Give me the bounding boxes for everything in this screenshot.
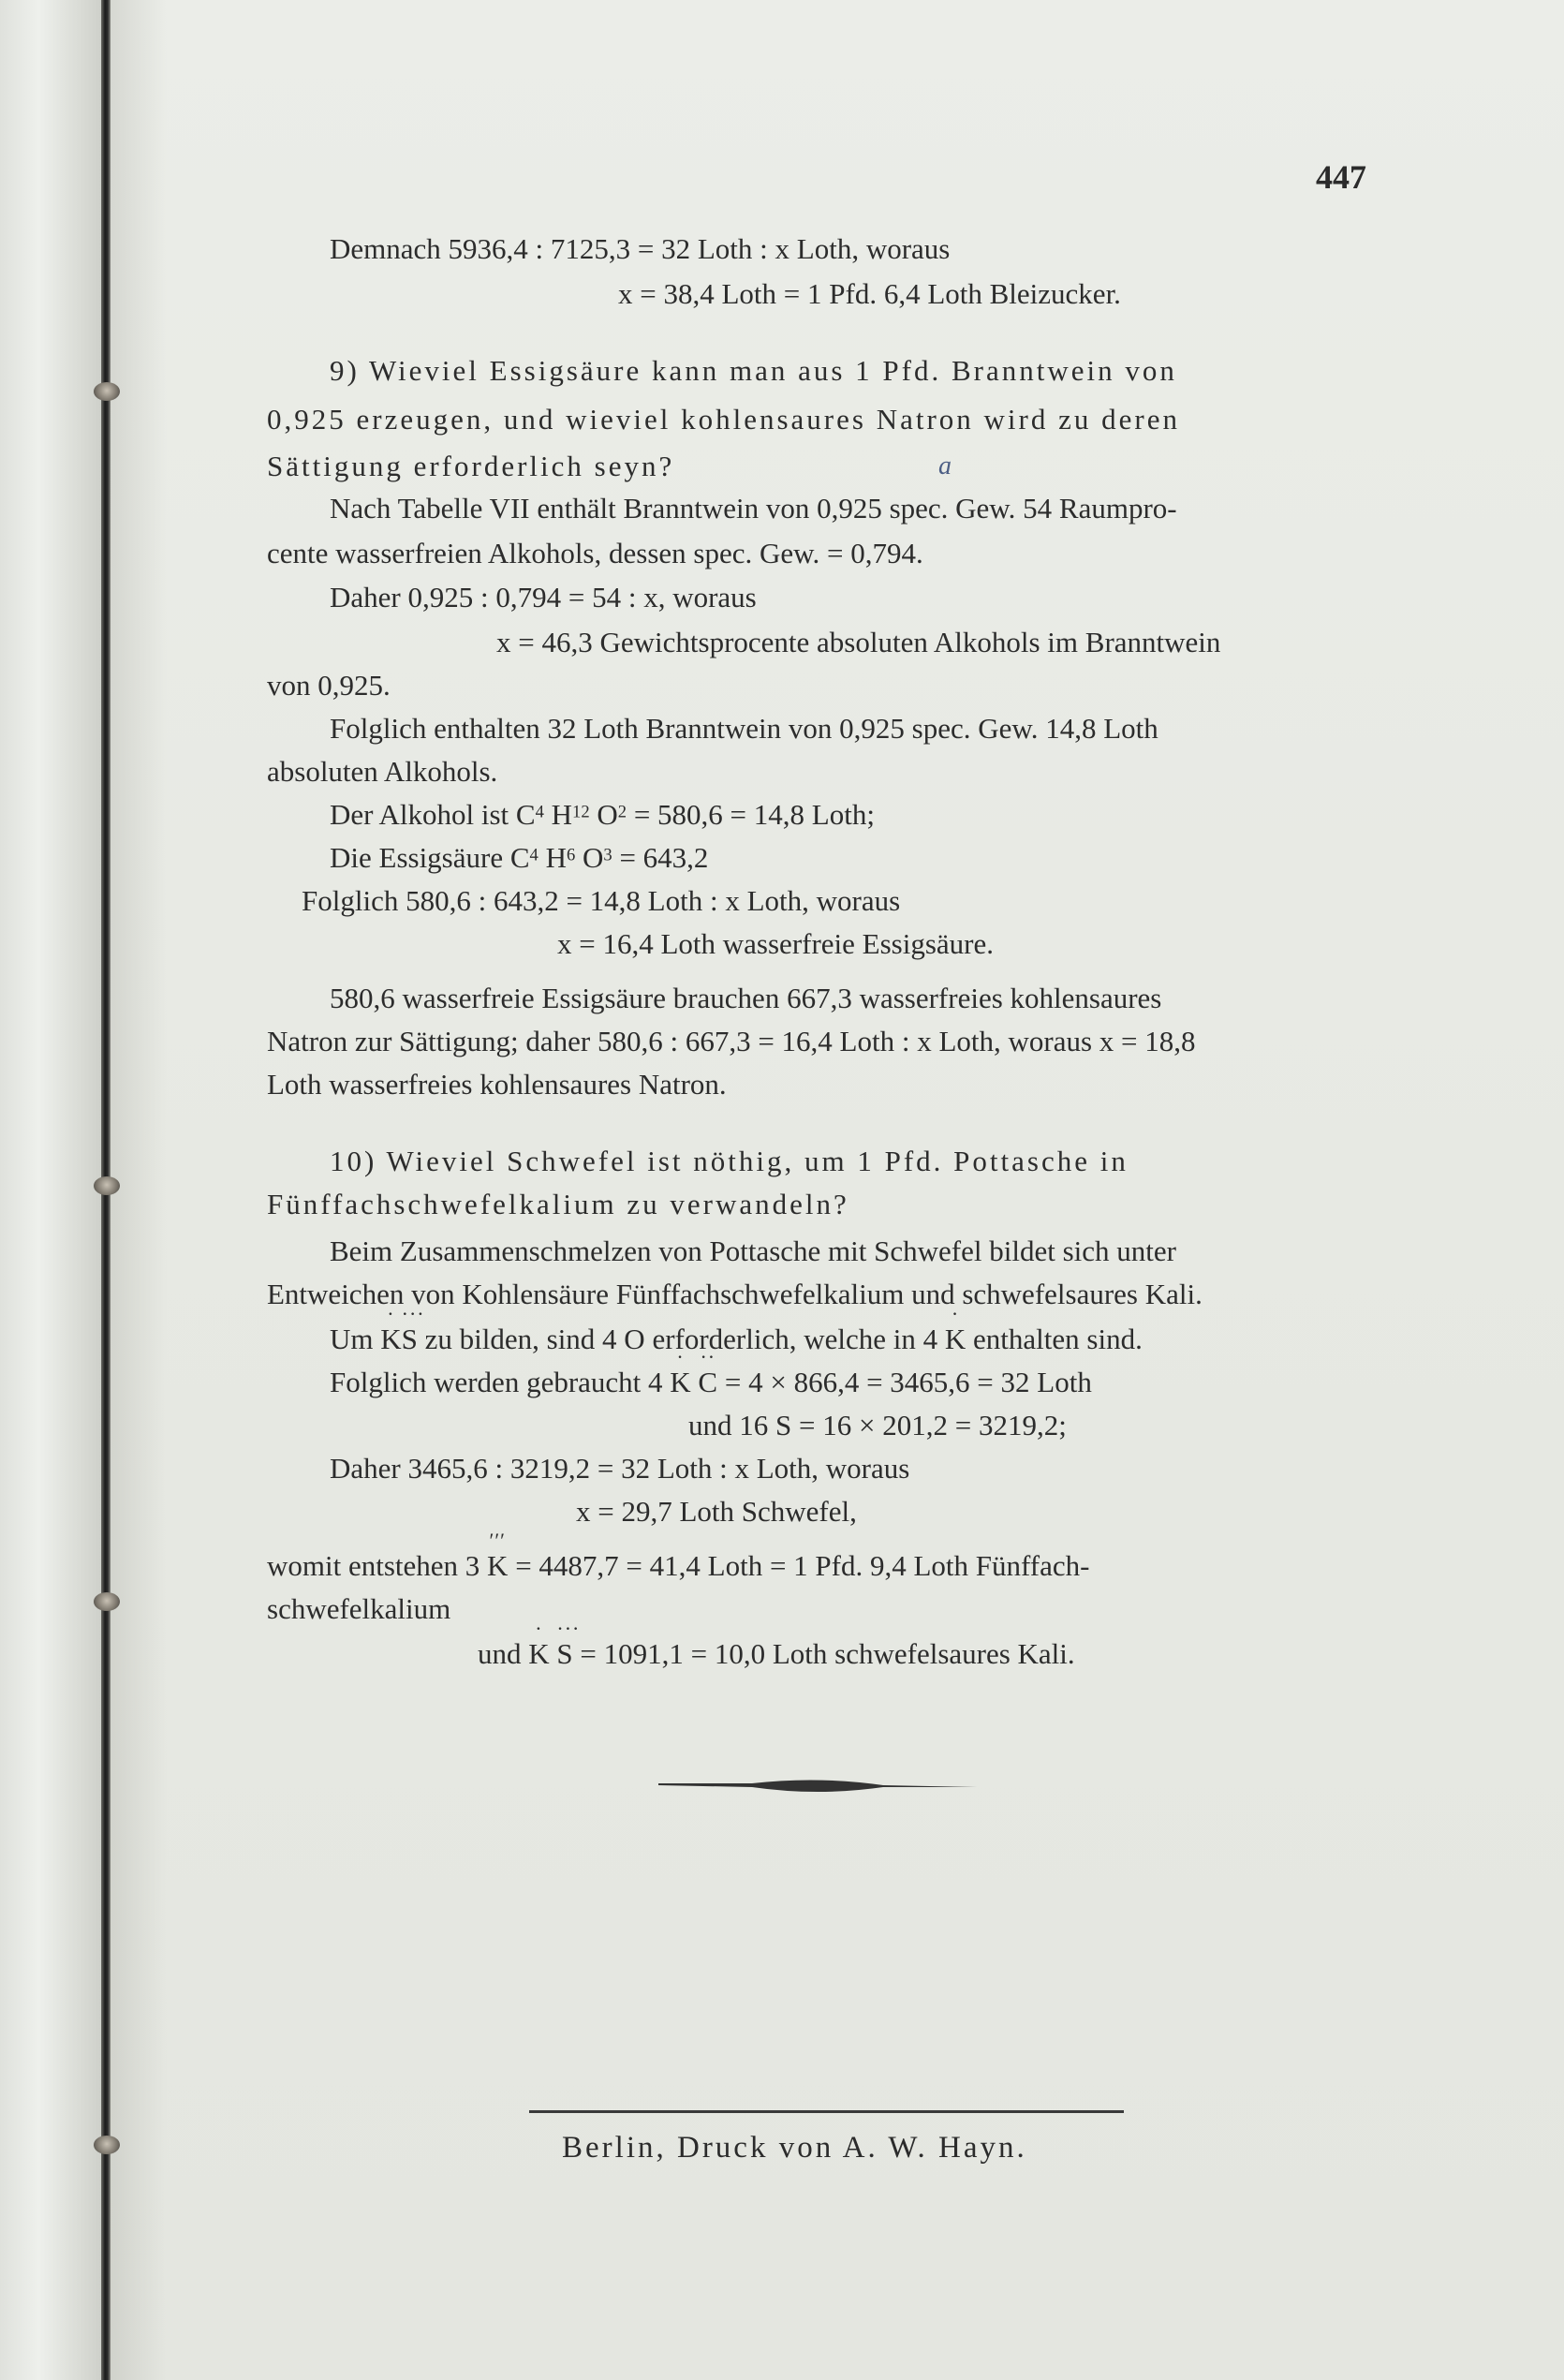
text-line: Daher 0,925 : 0,794 = 54 : x, woraus [330, 581, 757, 614]
text-line: x = 29,7 Loth Schwefel, [576, 1495, 857, 1529]
formula-essigsaeure: Die Essigsäure C4 H6 O3 = 643,2 [330, 841, 708, 875]
question-9-heading: 0,925 erzeugen, und wieviel kohlensaures… [267, 403, 1180, 436]
text-line: Daher 3465,6 : 3219,2 = 32 Loth : x Loth… [330, 1452, 909, 1486]
stitch-knot [94, 1176, 120, 1195]
question-9-heading: Sättigung erforderlich seyn? [267, 450, 674, 483]
text-line: x = 16,4 Loth wasserfreie Essigsäure. [557, 927, 994, 961]
text-line: Folglich enthalten 32 Loth Branntwein vo… [330, 712, 1158, 746]
text-line: 580,6 wasserfreie Essigsäure brauchen 66… [330, 982, 1161, 1015]
formula-alkohol: Der Alkohol ist C4 H12 O2 = 580,6 = 14,8… [330, 798, 875, 832]
imprint-rule [529, 2110, 1124, 2113]
printer-imprint: Berlin, Druck von A. W. Hayn. [562, 2131, 1027, 2166]
text-line: schwefelkalium [267, 1592, 450, 1626]
question-9-heading: 9) Wieviel Essigsäure kann man aus 1 Pfd… [330, 354, 1177, 388]
text-line: Loth wasserfreies kohlensaures Natron. [267, 1068, 727, 1101]
text-line: x = 46,3 Gewichtsprocente absoluten Alko… [496, 626, 1220, 659]
formula-line: Um KS zu bilden, sind 4 O erforderlich, … [330, 1323, 1143, 1356]
question-10-heading: 10) Wieviel Schwefel ist nöthig, um 1 Pf… [330, 1145, 1129, 1178]
facing-page-edge [0, 0, 111, 2380]
text-line: Demnach 5936,4 : 7125,3 = 32 Loth : x Lo… [330, 232, 950, 266]
pencil-annotation: a [938, 451, 952, 481]
stitch-knot [94, 2136, 120, 2154]
page-number: 447 [1316, 157, 1366, 197]
formula-line: Folglich werden gebraucht 4 K C = 4 × 86… [330, 1366, 1092, 1399]
text-line: von 0,925. [267, 669, 391, 702]
text-line: absoluten Alkohols. [267, 755, 497, 789]
formula-line: womit entstehen 3 K = 4487,7 = 41,4 Loth… [267, 1549, 1089, 1583]
formula-line: und K S = 1091,1 = 10,0 Loth schwefelsau… [478, 1637, 1075, 1671]
text-line: Folglich 580,6 : 643,2 = 14,8 Loth : x L… [302, 884, 900, 918]
gutter-shadow [111, 0, 167, 2380]
text-line: Beim Zusammenschmelzen von Pottasche mit… [330, 1234, 1176, 1268]
text-line: Nach Tabelle VII enthält Branntwein von … [330, 492, 1177, 525]
stitch-knot [94, 1592, 120, 1611]
question-10-heading: Fünffachschwefelkalium zu verwandeln? [267, 1188, 849, 1221]
text-line: und 16 S = 16 × 201,2 = 3219,2; [688, 1409, 1067, 1442]
text-line: cente wasserfreien Alkohols, dessen spec… [267, 537, 923, 570]
stitch-knot [94, 382, 120, 401]
decorative-rule [658, 1778, 977, 1793]
text-line: x = 38,4 Loth = 1 Pfd. 6,4 Loth Bleizuck… [618, 277, 1121, 311]
text-line: Natron zur Sättigung; daher 580,6 : 667,… [267, 1025, 1196, 1058]
